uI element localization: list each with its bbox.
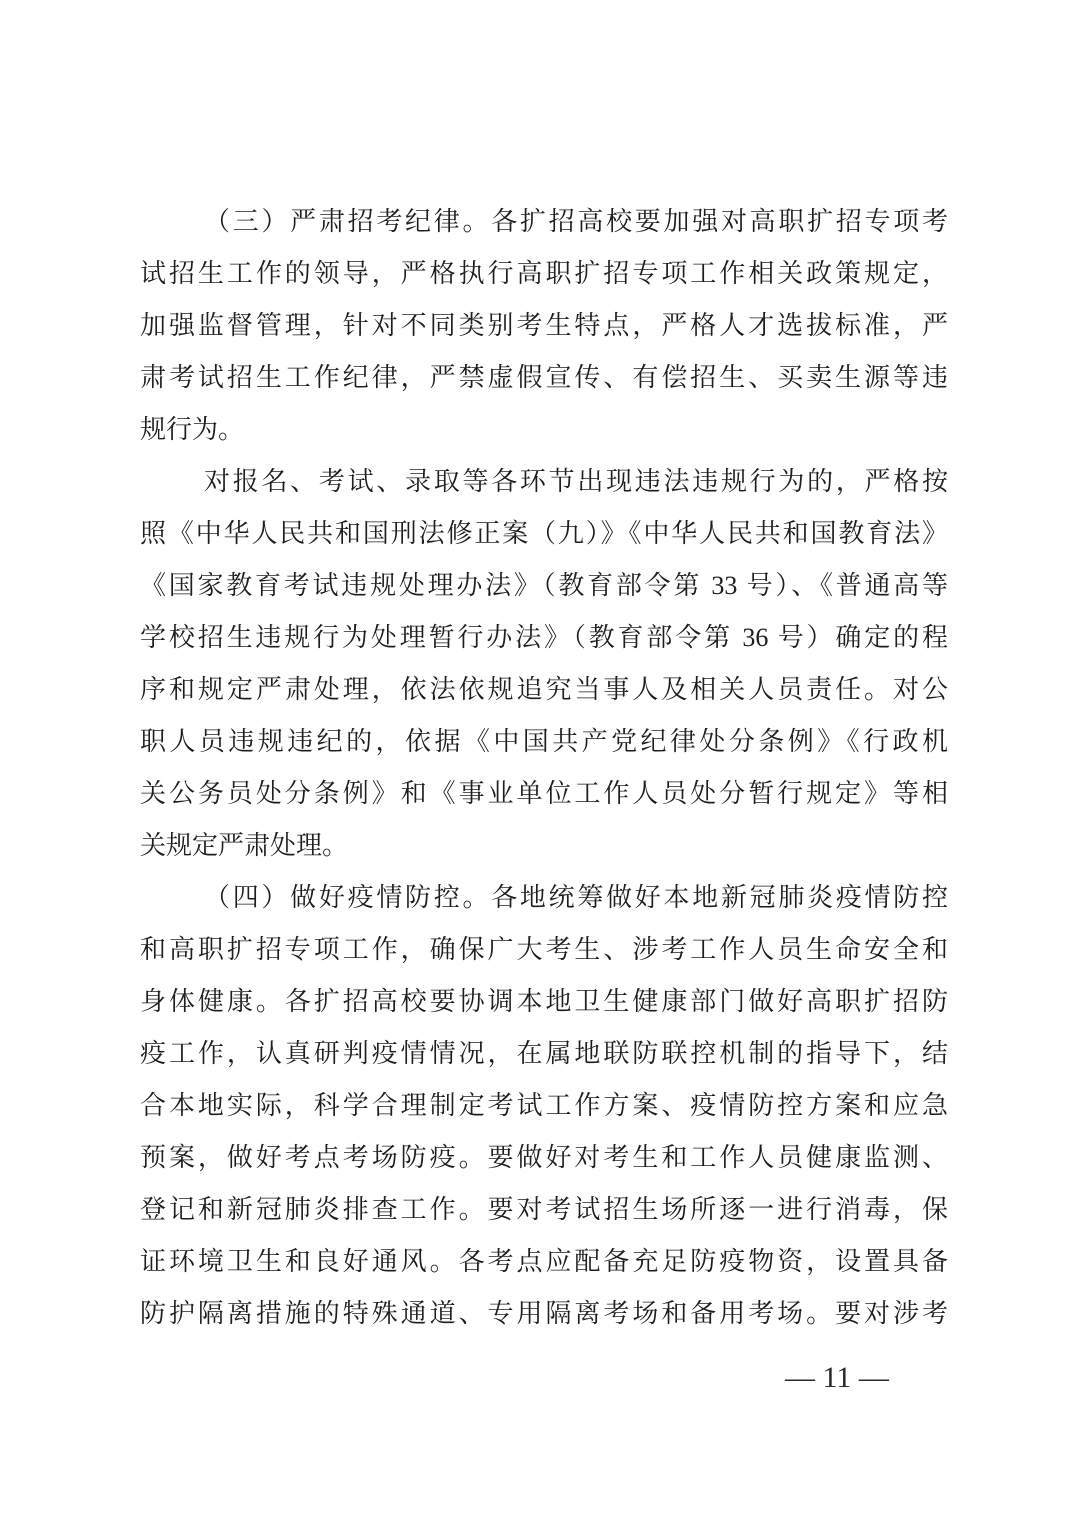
text-line: 序和规定严肃处理，依法依规追究当事人及相关人员责任。对公 [140,664,948,716]
document-page: （三）严肃招考纪律。各扩招高校要加强对高职扩招专项考 试招生工作的领导，严格执行… [0,0,1080,1527]
text-line: （四）做好疫情防控。各地统筹做好本地新冠肺炎疫情防控 [140,872,948,924]
text-line: 关规定严肃处理。 [140,820,948,872]
text-line: 防护隔离措施的特殊通道、专用隔离考场和备用考场。要对涉考 [140,1288,948,1340]
text-line: 对报名、考试、录取等各环节出现违法违规行为的，严格按 [140,456,948,508]
text-line: 预案，做好考点考场防疫。要做好对考生和工作人员健康监测、 [140,1132,948,1184]
text-line: 合本地实际，科学合理制定考试工作方案、疫情防控方案和应急 [140,1080,948,1132]
text-line: 关公务员处分条例》和《事业单位工作人员处分暂行规定》等相 [140,768,948,820]
text-line: 规行为。 [140,404,948,456]
text-line: 证环境卫生和良好通风。各考点应配备充足防疫物资，设置具备 [140,1236,948,1288]
paragraph-section-3: （三）严肃招考纪律。各扩招高校要加强对高职扩招专项考 试招生工作的领导，严格执行… [140,196,948,456]
text-line: 身体健康。各扩招高校要协调本地卫生健康部门做好高职扩招防 [140,976,948,1028]
text-line: 加强监督管理，针对不同类别考生特点，严格人才选拔标准，严 [140,300,948,352]
text-line: 登记和新冠肺炎排查工作。要对考试招生场所逐一进行消毒，保 [140,1184,948,1236]
paragraph-section-4: （四）做好疫情防控。各地统筹做好本地新冠肺炎疫情防控 和高职扩招专项工作，确保广… [140,872,948,1340]
paragraph-penalties: 对报名、考试、录取等各环节出现违法违规行为的，严格按 照《中华人民共和国刑法修正… [140,456,948,872]
text-line: 试招生工作的领导，严格执行高职扩招专项工作相关政策规定， [140,248,948,300]
text-line: 照《中华人民共和国刑法修正案（九）》《中华人民共和国教育法》 [140,508,948,560]
text-line: 职人员违规违纪的，依据《中国共产党纪律处分条例》《行政机 [140,716,948,768]
page-number: — 11 — [757,1358,917,1398]
text-line: 学校招生违规行为处理暂行办法》（教育部令第 36 号）确定的程 [140,612,948,664]
text-line: 《国家教育考试违规处理办法》（教育部令第 33 号）、《普通高等 [140,560,948,612]
text-line: 疫工作，认真研判疫情情况，在属地联防联控机制的指导下，结 [140,1028,948,1080]
text-line: 肃考试招生工作纪律，严禁虚假宣传、有偿招生、买卖生源等违 [140,352,948,404]
text-line: （三）严肃招考纪律。各扩招高校要加强对高职扩招专项考 [140,196,948,248]
document-body: （三）严肃招考纪律。各扩招高校要加强对高职扩招专项考 试招生工作的领导，严格执行… [140,196,948,1340]
text-line: 和高职扩招专项工作，确保广大考生、涉考工作人员生命安全和 [140,924,948,976]
